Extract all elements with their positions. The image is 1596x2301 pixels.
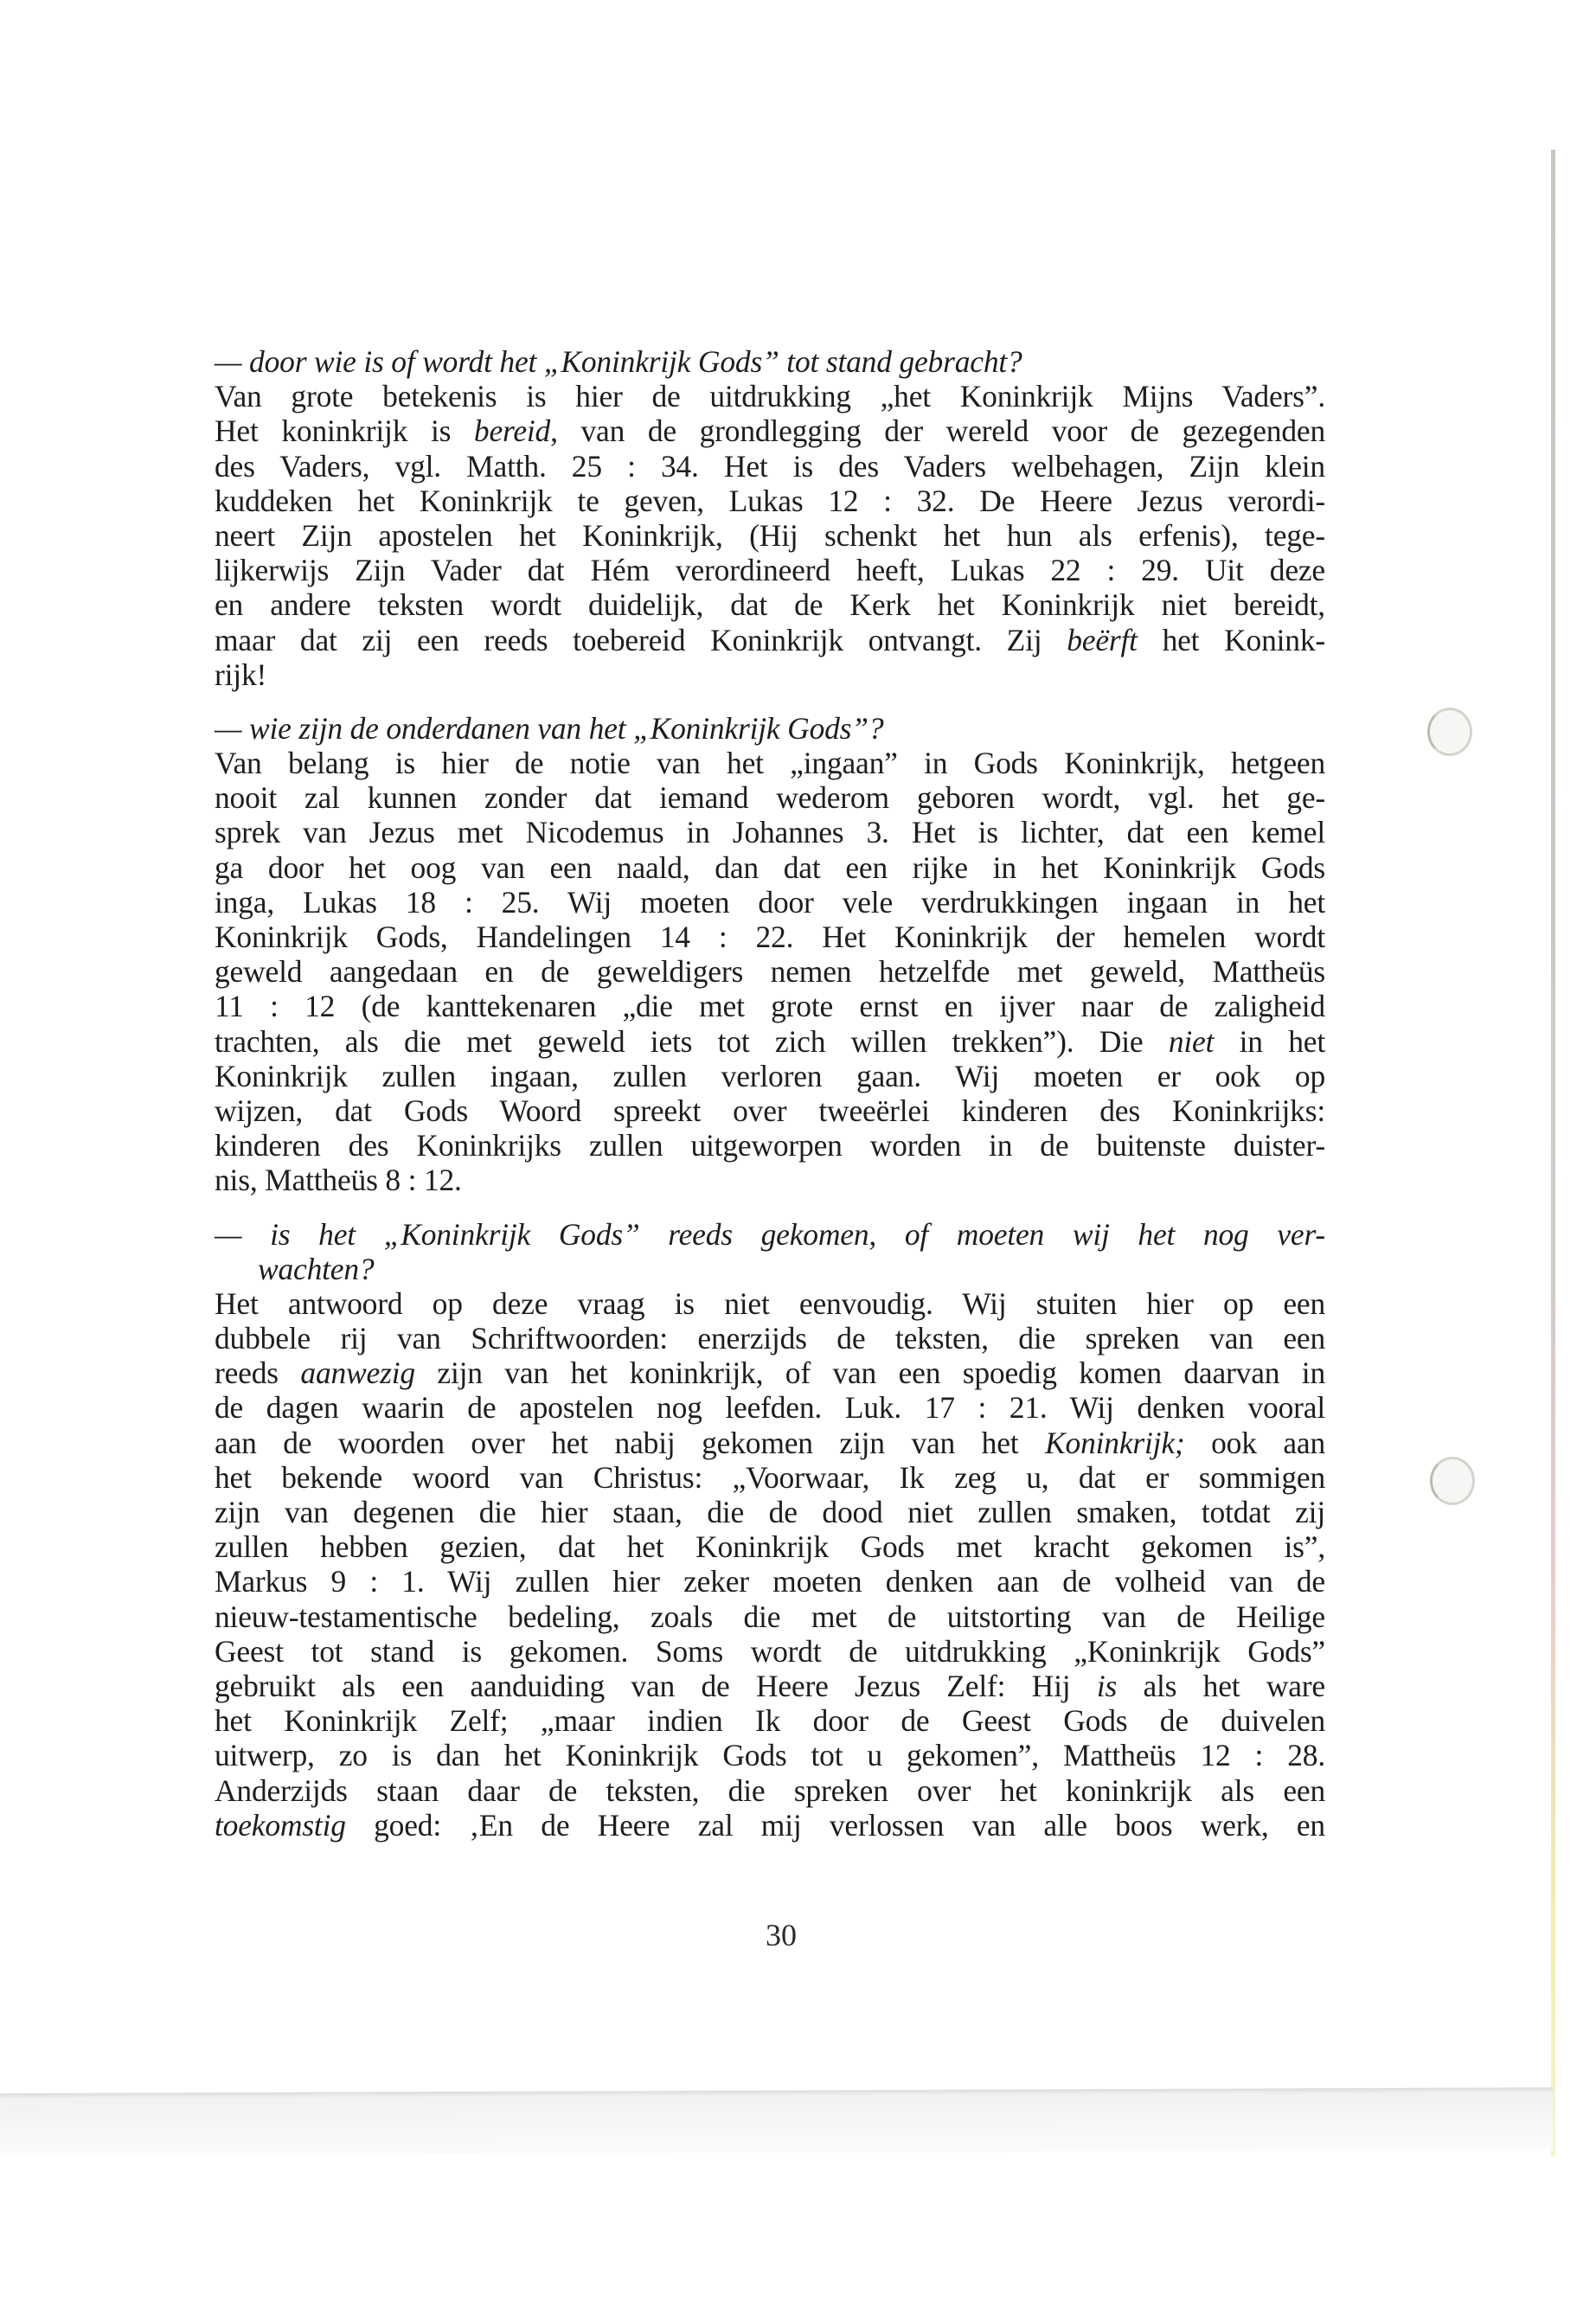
text-line: kuddeken het Koninkrijk te geven, Lukas … (215, 484, 1325, 518)
section: — door wie is of wordt het „Koninkrijk G… (215, 344, 1325, 692)
page-edge-line (1551, 150, 1555, 2157)
text-line: geweld aangedaan en de geweldigers nemen… (215, 954, 1325, 989)
section-question: — wie zijn de onderdanen van het „Konink… (215, 711, 1325, 746)
text-line: Van belang is hier de notie van het „ing… (215, 746, 1325, 780)
text-line: Markus 9 : 1. Wij zullen hier zeker moet… (215, 1564, 1325, 1599)
section: — wie zijn de onderdanen van het „Konink… (215, 711, 1325, 1198)
text-line: Van grote betekenis is hier de uitdrukki… (215, 379, 1325, 413)
text-line: des Vaders, vgl. Matth. 25 : 34. Het is … (215, 449, 1325, 484)
text-line: aan de woorden over het nabij gekomen zi… (215, 1426, 1325, 1460)
text-line: neert Zijn apostelen het Koninkrijk, (Hi… (215, 518, 1325, 553)
text-line: kinderen des Koninkrijks zullen uitgewor… (215, 1128, 1325, 1163)
text-line: rijk! (215, 657, 1325, 692)
text-line: trachten, als die met geweld iets tot zi… (215, 1024, 1325, 1059)
paragraph-gap (215, 692, 1325, 711)
text-line: uitwerp, zo is dan het Koninkrijk Gods t… (215, 1738, 1325, 1772)
section-question: — door wie is of wordt het „Koninkrijk G… (215, 344, 1325, 379)
text-line: zullen hebben gezien, dat het Koninkrijk… (215, 1529, 1325, 1564)
scanned-page: — door wie is of wordt het „Koninkrijk G… (0, 0, 1596, 2301)
text-line: maar dat zij een reeds toebereid Koninkr… (215, 623, 1325, 657)
text-line: nieuw-testamentische bedeling, zoals die… (215, 1599, 1325, 1634)
text-line: Koninkrijk zullen ingaan, zullen verlore… (215, 1059, 1325, 1093)
text-line: lijkerwijs Zijn Vader dat Hém verordinee… (215, 553, 1325, 587)
text-line: het bekende woord van Christus: „Voorwaa… (215, 1460, 1325, 1495)
text-line: Anderzijds staan daar de teksten, die sp… (215, 1773, 1325, 1808)
text-line: zijn van degenen die hier staan, die de … (215, 1495, 1325, 1529)
section-question: — is het „Koninkrijk Gods” reeds gekomen… (215, 1217, 1325, 1252)
text-line: Het antwoord op deze vraag is niet eenvo… (215, 1286, 1325, 1321)
text-line: wijzen, dat Gods Woord spreekt over twee… (215, 1093, 1325, 1128)
text-line: Het koninkrijk is bereid, van de grondle… (215, 413, 1325, 448)
punch-hole-icon (1430, 1457, 1475, 1505)
text-line: 11 : 12 (de kanttekenaren „die met grote… (215, 989, 1325, 1023)
section-question: wachten? (215, 1252, 1325, 1286)
text-line: gebruikt als een aanduiding van de Heere… (215, 1669, 1325, 1703)
paragraph-gap (215, 1198, 1325, 1217)
text-line: inga, Lukas 18 : 25. Wij moeten door vel… (215, 885, 1325, 920)
page-number: 30 (0, 1917, 1562, 1953)
text-line: toekomstig goed: ‚En de Heere zal mij ve… (215, 1808, 1325, 1843)
text-line: Koninkrijk Gods, Handelingen 14 : 22. He… (215, 920, 1325, 954)
text-line: reeds aanwezig zijn van het koninkrijk, … (215, 1356, 1325, 1390)
text-line: nooit zal kunnen zonder dat iemand weder… (215, 780, 1325, 815)
text-line: de dagen waarin de apostelen nog leefden… (215, 1390, 1325, 1425)
text-line: nis, Mattheüs 8 : 12. (215, 1163, 1325, 1197)
text-line: en andere teksten wordt duidelijk, dat d… (215, 587, 1325, 622)
text-line: ga door het oog van een naald, dan dat e… (215, 850, 1325, 885)
text-line: dubbele rij van Schriftwoorden: enerzijd… (215, 1321, 1325, 1356)
punch-hole-icon (1427, 708, 1472, 756)
page-bottom-edge (0, 2087, 1553, 2156)
body-text: — door wie is of wordt het „Koninkrijk G… (215, 344, 1325, 1843)
text-line: Geest tot stand is gekomen. Soms wordt d… (215, 1634, 1325, 1669)
text-line: sprek van Jezus met Nicodemus in Johanne… (215, 815, 1325, 849)
section: — is het „Koninkrijk Gods” reeds gekomen… (215, 1217, 1325, 1843)
text-line: het Koninkrijk Zelf; „maar indien Ik doo… (215, 1703, 1325, 1738)
